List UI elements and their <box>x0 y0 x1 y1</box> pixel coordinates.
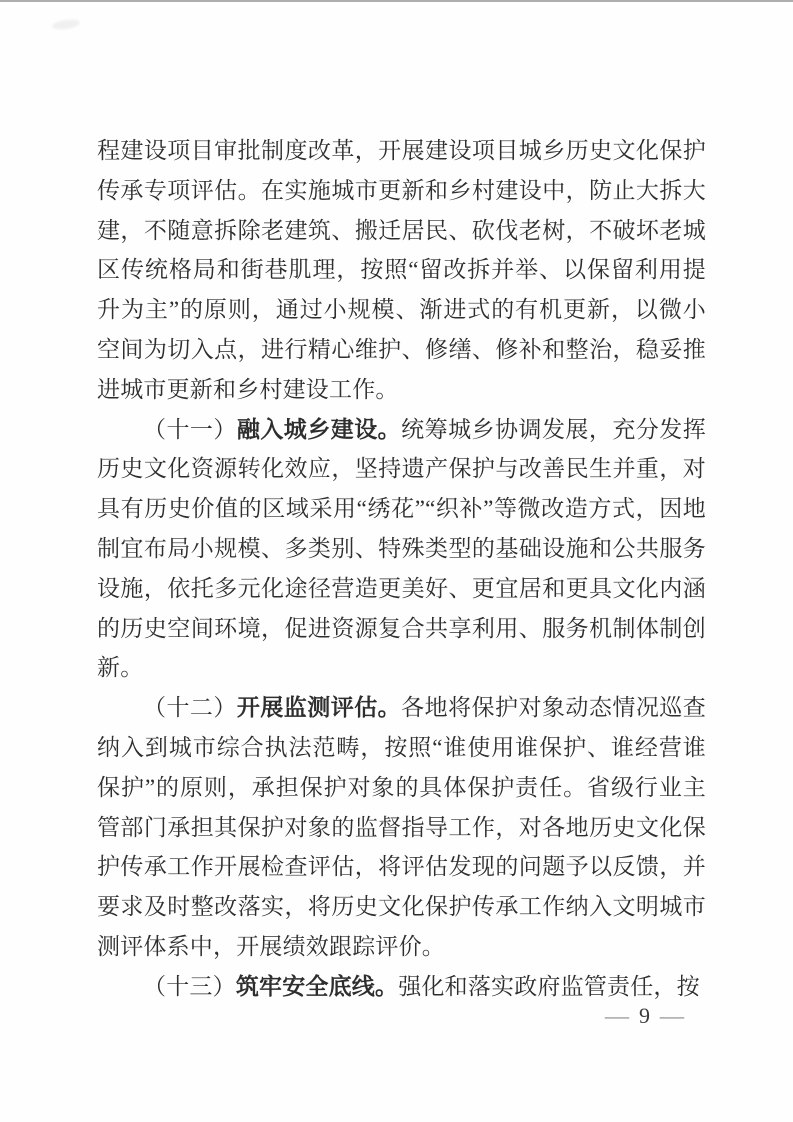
section-title: 开展监测评估。 <box>237 695 401 720</box>
scan-smudge-artifact <box>52 18 81 31</box>
paragraph: 程建设项目审批制度改革，开展建设项目城乡历史文化保护传承专项评估。在实施城市更新… <box>97 131 706 410</box>
body-text-run: （十一） <box>143 417 237 442</box>
document-body: 程建设项目审批制度改革，开展建设项目城乡历史文化保护传承专项评估。在实施城市更新… <box>97 131 706 1007</box>
page-footer: — 9 — <box>606 1003 683 1029</box>
section-title: 筑牢安全底线。 <box>236 974 398 999</box>
paragraph: （十一）融入城乡建设。统筹城乡协调发展，充分发挥历史文化资源转化效应，坚持遗产保… <box>97 410 706 689</box>
body-text-run: 程建设项目审批制度改革，开展建设项目城乡历史文化保护传承专项评估。在实施城市更新… <box>97 138 706 402</box>
body-text-run: （十二） <box>143 695 237 720</box>
page-number: 9 <box>639 1003 650 1029</box>
body-text-run: （十三） <box>143 974 236 999</box>
paragraph: （十二）开展监测评估。各地将保护对象动态情况巡查纳入到城市综合执法范畴，按照“谁… <box>97 688 706 967</box>
body-text-run: 强化和落实政府监管责任，按 <box>398 974 700 999</box>
scan-edge-artifact <box>0 0 793 2</box>
footer-dash-left: — <box>605 1003 629 1029</box>
footer-dash-right: — <box>660 1003 684 1029</box>
body-text-run: 统筹城乡协调发展，充分发挥历史文化资源转化效应，坚持遗产保护与改善民生并重，对具… <box>97 417 706 681</box>
paragraph: （十三）筑牢安全底线。强化和落实政府监管责任，按 <box>97 967 706 1007</box>
document-page: 程建设项目审批制度改革，开展建设项目城乡历史文化保护传承专项评估。在实施城市更新… <box>0 0 793 1122</box>
body-text-run: 各地将保护对象动态情况巡查纳入到城市综合执法范畴，按照“谁使用谁保护、谁经营谁保… <box>97 695 706 959</box>
section-title: 融入城乡建设。 <box>237 417 401 442</box>
